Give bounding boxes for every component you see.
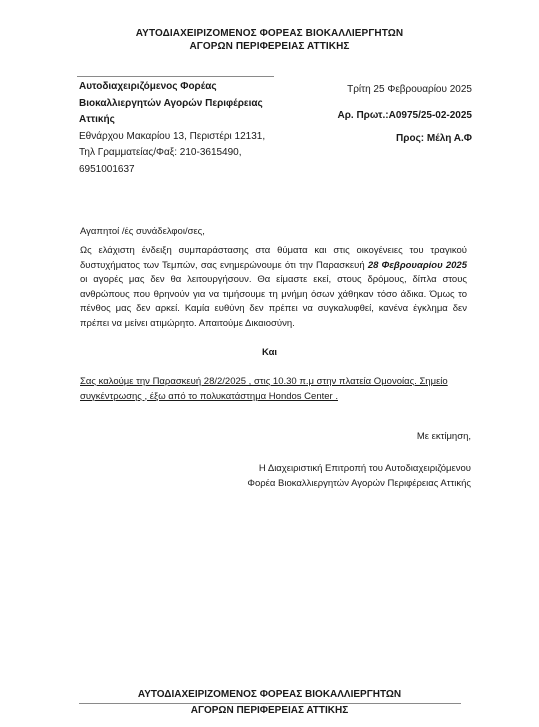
footer: ΑΥΤΟΔΙΑΧΕΙΡΙΖΟΜΕΝΟΣ ΦΟΡΕΑΣ ΒΙΟΚΑΛΛΙΕΡΓΗΤ… [0, 689, 539, 717]
signature-line-1: Η Διαχειριστική Επιτροπή του Αυτοδιαχειρ… [247, 461, 471, 476]
sender-mobile: 6951001637 [79, 162, 309, 179]
sender-block: Αυτοδιαχειριζόμενος Φορέας Βιοκαλλιεργητ… [79, 79, 309, 178]
closing: Με εκτίμηση, [417, 431, 471, 442]
sender-name-line-2: Βιοκαλλιεργητών Αγορών Περιφέρειας [79, 96, 309, 113]
sender-phone: Τηλ Γραμματείας/Φαξ: 210-3615490, [79, 145, 309, 162]
sender-name-line-3: Αττικής [79, 112, 309, 129]
signature-line-2: Φορέα Βιοκαλλιεργητών Αγορών Περιφέρειας… [247, 476, 471, 491]
body-date-highlight: 28 Φεβρουαρίου 2025 [368, 260, 467, 271]
footer-line-2: ΑΓΟΡΩΝ ΠΕΡΙΦΕΡΕΙΑΣ ΑΤΤΙΚΗΣ [0, 705, 539, 718]
connector-heading: Και [0, 347, 539, 358]
footer-line-1: ΑΥΤΟΔΙΑΧΕΙΡΙΖΟΜΕΝΟΣ ΦΟΡΕΑΣ ΒΙΟΚΑΛΛΙΕΡΓΗΤ… [0, 689, 539, 702]
sender-name-line-1: Αυτοδιαχειριζόμενος Φορέας [79, 79, 309, 96]
body-text-part-2: οι αγορές μας δεν θα λειτουργήσουν. Θα ε… [80, 274, 467, 329]
signature-block: Η Διαχειριστική Επιτροπή του Αυτοδιαχειρ… [247, 461, 471, 491]
invitation-paragraph: Σας καλούμε την Παρασκευή 28/2/2025 , στ… [80, 375, 470, 404]
letter-date: Τρίτη 25 Φεβρουαρίου 2025 [347, 84, 472, 95]
sender-divider [77, 76, 274, 77]
body-paragraph: Ως ελάχιστη ένδειξη συμπαράστασης στα θύ… [80, 244, 467, 332]
footer-divider [79, 703, 461, 704]
recipient: Προς: Μέλη Α.Φ [396, 133, 472, 144]
greeting: Αγαπητοί /ές συνάδελφοι/σες, [80, 226, 205, 237]
letterhead-line-1: ΑΥΤΟΔΙΑΧΕΙΡΙΖΟΜΕΝΟΣ ΦΟΡΕΑΣ ΒΙΟΚΑΛΛΙΕΡΓΗΤ… [0, 27, 539, 40]
sender-address: Εθνάρχου Μακαρίου 13, Περιστέρι 12131, [79, 129, 309, 146]
letterhead: ΑΥΤΟΔΙΑΧΕΙΡΙΖΟΜΕΝΟΣ ΦΟΡΕΑΣ ΒΙΟΚΑΛΛΙΕΡΓΗΤ… [0, 27, 539, 53]
protocol-number: Αρ. Πρωτ.:Α0975/25-02-2025 [337, 110, 472, 121]
letterhead-line-2: ΑΓΟΡΩΝ ΠΕΡΙΦΕΡΕΙΑΣ ΑΤΤΙΚΗΣ [0, 40, 539, 53]
